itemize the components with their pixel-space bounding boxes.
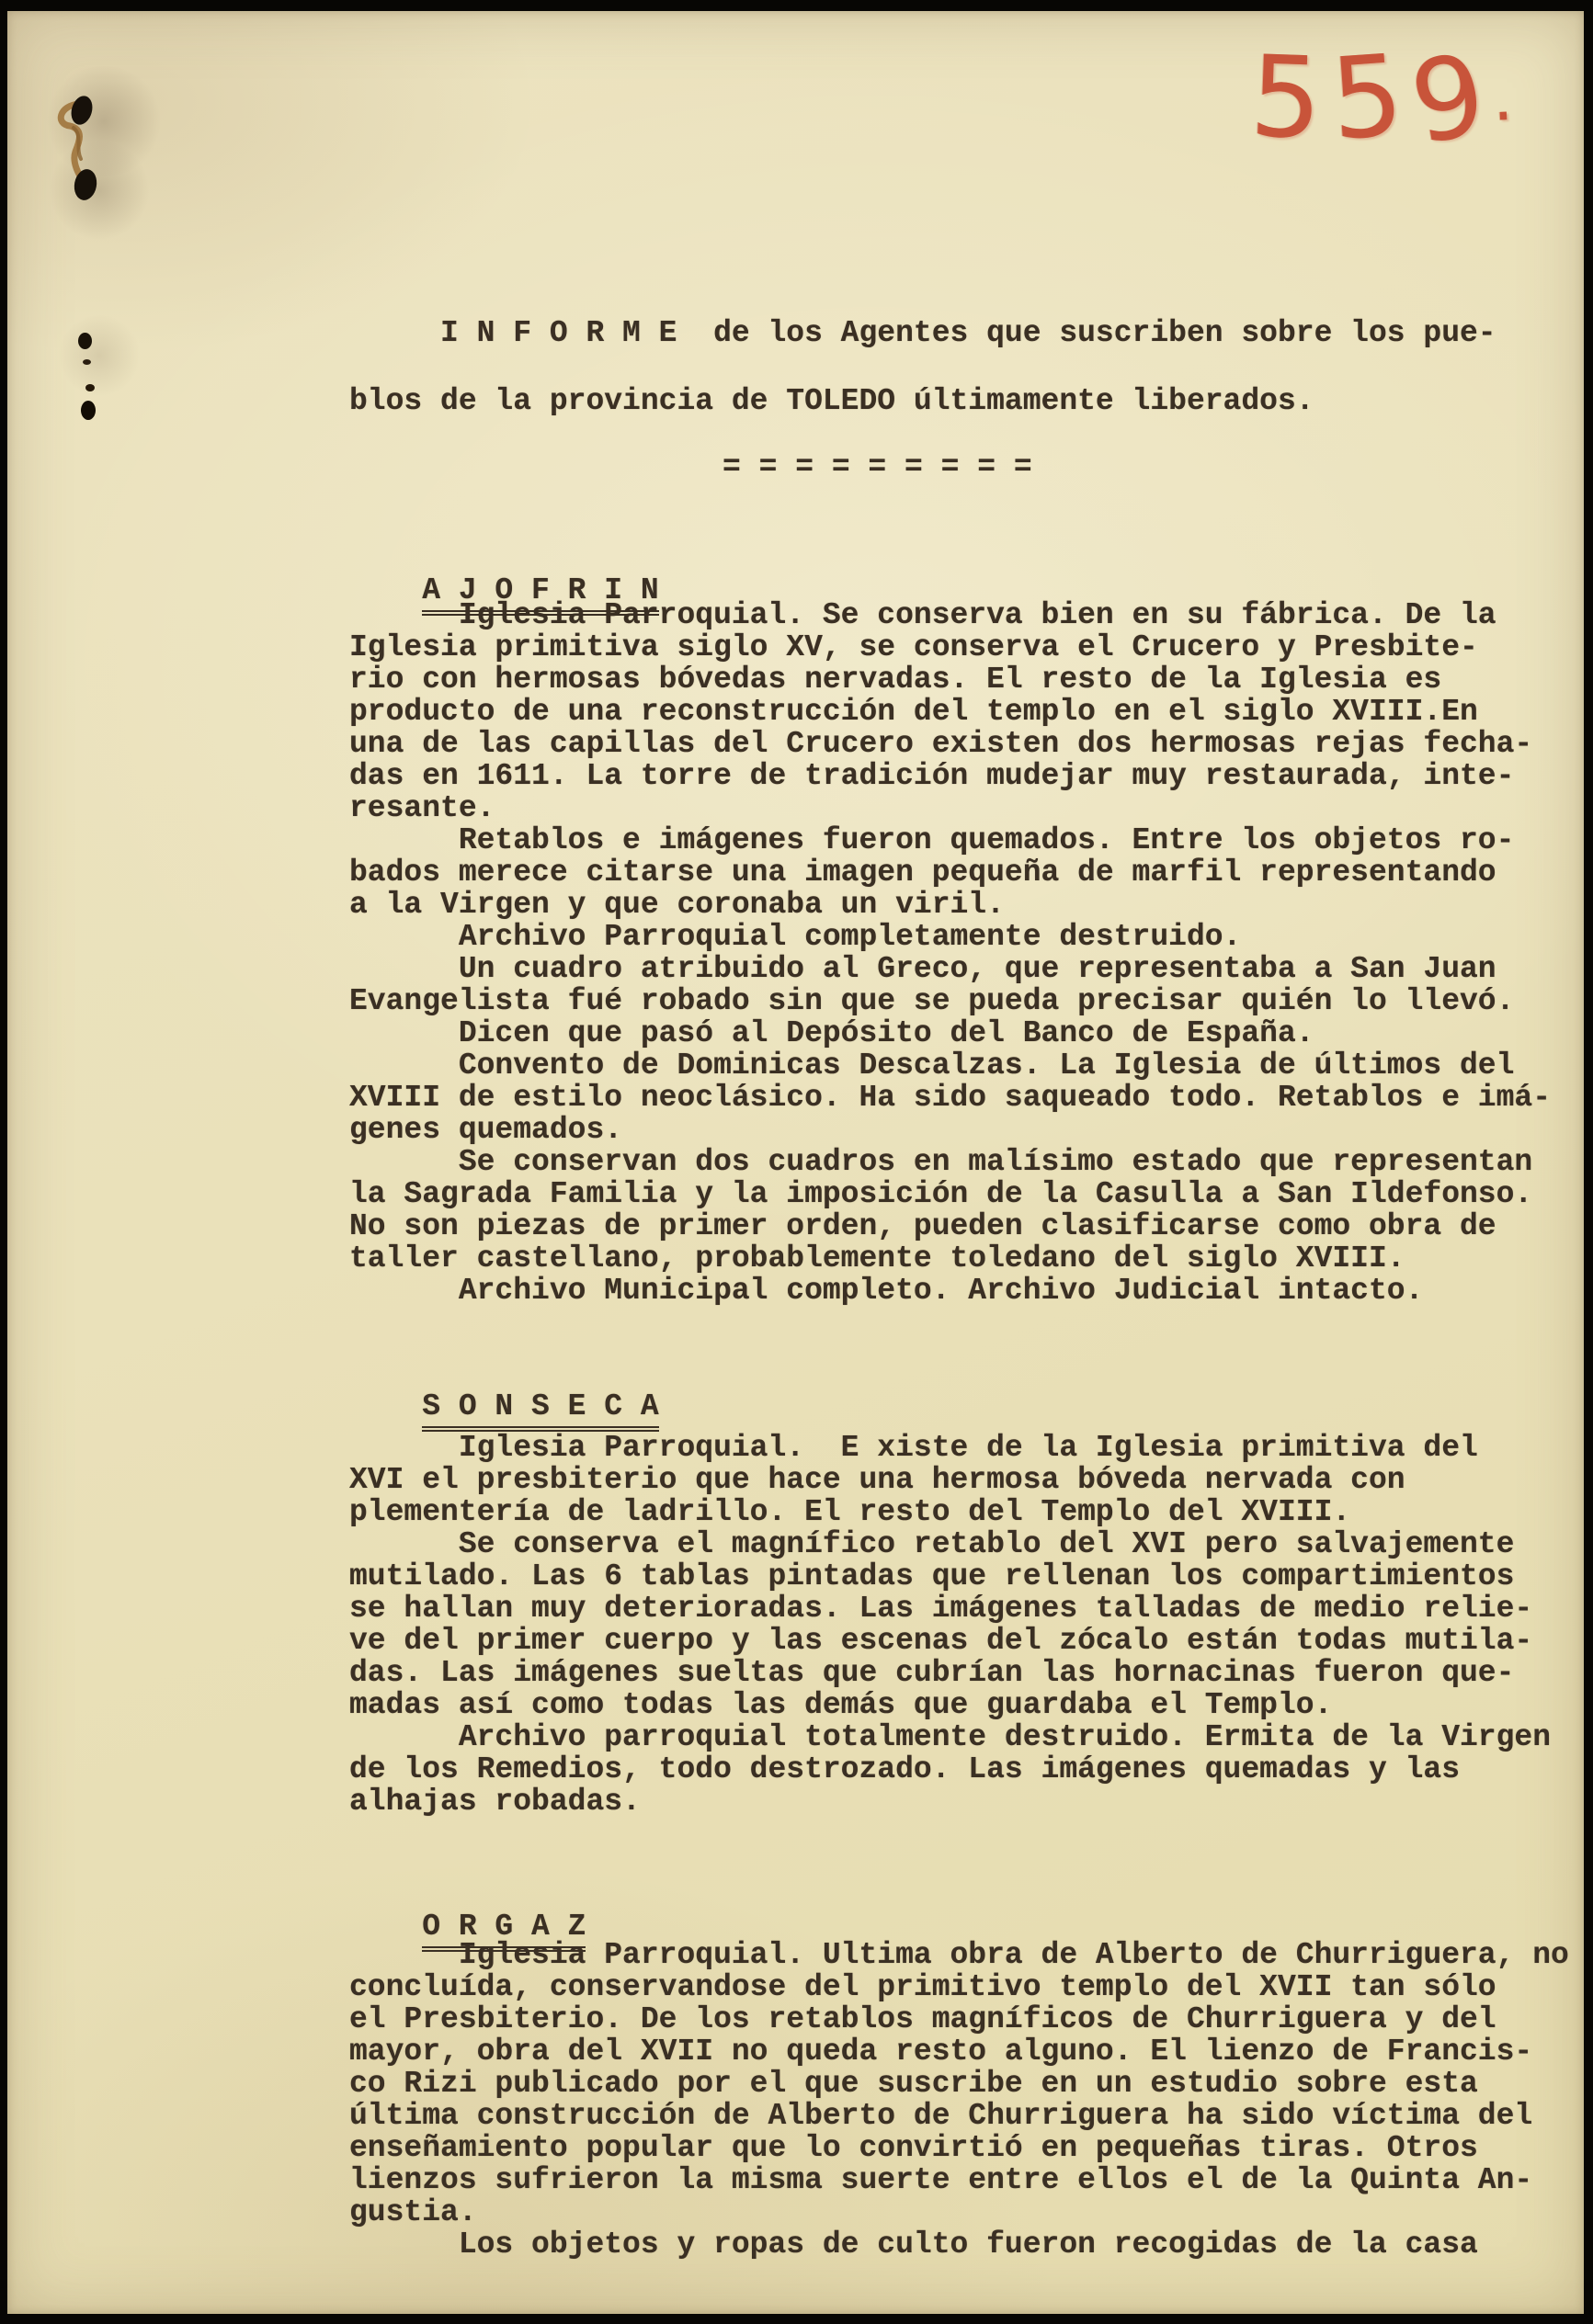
text-line: Archivo Parroquial completamente destrui… <box>349 921 1551 953</box>
title-separator: = = = = = = = = = <box>723 451 1032 483</box>
text-line: Los objetos y ropas de culto fueron reco… <box>349 2228 1569 2261</box>
binding-stitch-icon <box>51 87 116 216</box>
text-line: Archivo parroquial totalmente destruido.… <box>349 1721 1551 1753</box>
text-line: una de las capillas del Crucero existen … <box>349 728 1551 760</box>
text-line: XVIII de estilo neoclásico. Ha sido saqu… <box>349 1082 1551 1114</box>
text-line: última construcción de Alberto de Churri… <box>349 2100 1569 2132</box>
section-body-orgaz: Iglesia Parroquial. Ultima obra de Alber… <box>349 1939 1569 2261</box>
text-line: la Sagrada Familia y la imposición de la… <box>349 1178 1551 1210</box>
text-line: Convento de Dominicas Descalzas. La Igle… <box>349 1049 1551 1082</box>
text-line: concluída, conservandose del primitivo t… <box>349 1971 1569 2003</box>
text-line: enseñamiento popular que lo convirtió en… <box>349 2132 1569 2164</box>
text-line: madas así como todas las demás que guard… <box>349 1689 1551 1721</box>
punch-hole <box>85 384 95 391</box>
text-line: lienzos sufrieron la misma suerte entre … <box>349 2164 1569 2196</box>
text-line: gustia. <box>349 2196 1569 2228</box>
section-body-sonseca: Iglesia Parroquial. E xiste de la Iglesi… <box>349 1432 1551 1818</box>
page-number-digit: 5 <box>1327 39 1416 156</box>
text-line: mayor, obra del XVII no queda resto algu… <box>349 2035 1569 2068</box>
text-line: No son piezas de primer orden, pueden cl… <box>349 1210 1551 1242</box>
text-line: ve del primer cuerpo y las escenas del z… <box>349 1625 1551 1657</box>
stain <box>58 314 141 397</box>
punch-hole <box>83 359 91 365</box>
text-line: se hallan muy deterioradas. Las imágenes… <box>349 1593 1551 1625</box>
report-title-line2: blos de la provincia de TOLEDO últimamen… <box>349 385 1314 417</box>
text-line: bados merece citarse una imagen pequeña … <box>349 856 1551 889</box>
page-number-digit: . <box>1491 64 1524 130</box>
punch-hole <box>81 401 96 420</box>
text-line: alhajas robadas. <box>349 1786 1551 1818</box>
text-line: de los Remedios, todo destrozado. Las im… <box>349 1753 1551 1786</box>
text-line: Retablos e imágenes fueron quemados. Ent… <box>349 824 1551 856</box>
text-line: Se conserva el magnífico retablo del XVI… <box>349 1528 1551 1560</box>
text-line: das en 1611. La torre de tradición mudej… <box>349 760 1551 792</box>
text-line: Dicen que pasó al Depósito del Banco de … <box>349 1017 1551 1049</box>
text-line: XVI el presbiterio que hace una hermosa … <box>349 1464 1551 1496</box>
punch-hole <box>78 333 92 349</box>
text-line: Un cuadro atribuido al Greco, que repres… <box>349 953 1551 985</box>
text-line: mutilado. Las 6 tablas pintadas que rell… <box>349 1560 1551 1593</box>
text-line: producto de una reconstrucción del templ… <box>349 696 1551 728</box>
text-line: Iglesia Parroquial. Se conserva bien en … <box>349 599 1551 631</box>
text-line: Evangelista fué robado sin que se pueda … <box>349 985 1551 1017</box>
section-heading-text: S O N S E C A <box>422 1390 658 1432</box>
page-number: 559. <box>1247 29 1524 155</box>
text-line: taller castellano, probablemente toledan… <box>349 1242 1551 1275</box>
text-line: rio con hermosas bóvedas nervadas. El re… <box>349 663 1551 696</box>
text-line: das. Las imágenes sueltas que cubrían la… <box>349 1657 1551 1689</box>
document-page: 559. I N F O R M E de los Agentes que su… <box>7 11 1584 2314</box>
page-number-digit: 5 <box>1248 40 1333 155</box>
text-line: genes quemados. <box>349 1114 1551 1146</box>
text-line: co Rizi publicado por el que suscribe en… <box>349 2068 1569 2100</box>
text-line: el Presbiterio. De los retablos magnífic… <box>349 2003 1569 2035</box>
text-line: Se conservan dos cuadros en malísimo est… <box>349 1146 1551 1178</box>
text-line: Iglesia primitiva siglo XV, se conserva … <box>349 631 1551 663</box>
text-line: Iglesia Parroquial. E xiste de la Iglesi… <box>349 1432 1551 1464</box>
report-title-line1: I N F O R M E de los Agentes que suscrib… <box>349 317 1496 349</box>
section-body-ajofrin: Iglesia Parroquial. Se conserva bien en … <box>349 599 1551 1307</box>
text-line: a la Virgen y que coronaba un viril. <box>349 889 1551 921</box>
text-line: resante. <box>349 792 1551 824</box>
page-number-digit: 9 <box>1404 36 1502 160</box>
text-line: Iglesia Parroquial. Ultima obra de Alber… <box>349 1939 1569 1971</box>
text-line: Archivo Municipal completo. Archivo Judi… <box>349 1275 1551 1307</box>
text-line: plementería de ladrillo. El resto del Te… <box>349 1496 1551 1528</box>
